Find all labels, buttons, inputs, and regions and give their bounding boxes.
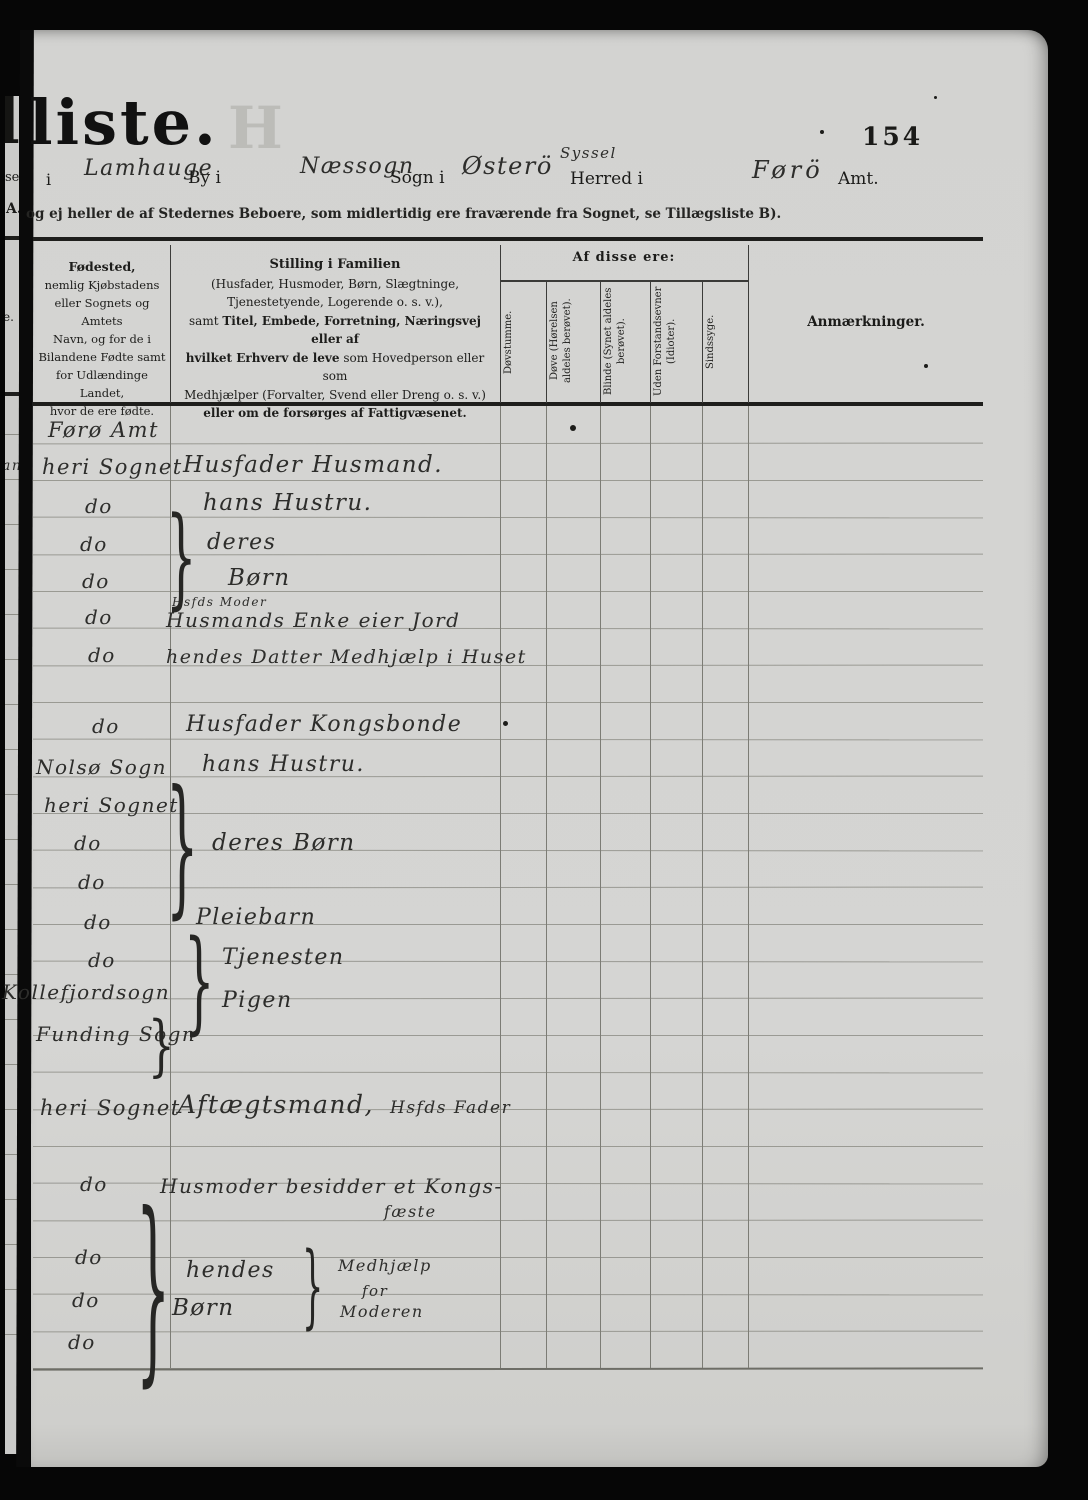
col-header-blinde: Blinde (Synet aldeles berøvet). (602, 285, 648, 397)
margin-fragment-a: A. (6, 201, 19, 217)
af-disse-ere-label: Af disse ere: (500, 250, 748, 265)
rule-line (500, 245, 501, 403)
entry-stilling: Husfader Kongsbonde (186, 712, 462, 737)
rule-line (650, 406, 651, 1368)
entry-note: Moderen (340, 1302, 424, 1321)
entry-fodested: Kollefjordsogn (2, 980, 170, 1004)
rule-line (5, 704, 19, 705)
col-header-dovstumme: Døvstumme. (502, 288, 544, 396)
handwritten-herred-name: Østerö (462, 152, 553, 180)
scanned-census-page: d se A. e. an liste. H 154 i Lamhauge By… (0, 0, 1088, 1500)
rule-line (5, 434, 19, 435)
entry-fodested: do (84, 910, 112, 934)
entry-stilling: hans Hustru. (203, 490, 373, 516)
entry-fodested: do (75, 1245, 103, 1269)
ink-speck (820, 130, 824, 134)
col-header-uden-forstandsevner: Uden Forstandsevner (Idioter). (652, 285, 700, 397)
entry-fodested: Nolsø Sogn (36, 755, 167, 779)
margin-fragment-se: se (5, 170, 19, 185)
entry-fodested: do (80, 1172, 108, 1196)
rule-line (5, 659, 19, 660)
rule-line (33, 480, 983, 481)
col-header-anmaerkninger: Anmærkninger. (752, 314, 980, 330)
handwritten-syssel: Syssel (560, 144, 617, 162)
rule-line (500, 406, 501, 1368)
grouping-brace: } (302, 1252, 323, 1320)
margin-big-letter: d (5, 96, 19, 159)
rule-line (33, 1146, 983, 1147)
margin-fragment-e: e. (5, 310, 14, 324)
rule-line (546, 406, 547, 1368)
entry-fodested: do (80, 532, 108, 556)
entry-stilling: hendes (186, 1258, 275, 1283)
header-top-rule (33, 237, 983, 241)
grouping-brace: } (148, 1022, 175, 1072)
page-title: liste. (29, 86, 219, 159)
entry-fodested: do (85, 605, 113, 629)
entry-stilling: Børn (228, 565, 291, 591)
entry-stilling-small: Hsfds Fader (390, 1098, 511, 1118)
grouping-brace: } (166, 518, 197, 600)
entry-note: for (362, 1282, 388, 1300)
entry-fodested: do (92, 714, 120, 738)
entry-note: Medhjælp (338, 1256, 432, 1275)
rule-line (33, 702, 983, 703)
entry-stilling: Husmoder besidder et Kongs- (160, 1174, 503, 1198)
col-header-stilling: Stilling i Familien (Husfader, Husmoder,… (173, 256, 497, 423)
ink-speck (503, 721, 508, 726)
entry-stilling: hendes Datter Medhjælp i Huset (166, 646, 527, 668)
entry-fodested: heri Sognet (42, 455, 183, 479)
grouping-brace: } (184, 942, 215, 1025)
rule-line (5, 479, 19, 480)
rule-line (748, 406, 749, 1368)
entry-fodested: do (82, 569, 110, 593)
entry-fodested: do (88, 643, 116, 667)
col-header-dove: Døve (Hørelsen aldeles berøvet). (548, 285, 598, 397)
rule-line (702, 282, 703, 403)
entry-stilling: Tjenesten (222, 945, 345, 970)
rule-line (5, 614, 19, 615)
intro-amt-label: Amt. (838, 169, 879, 189)
ink-speck (924, 364, 928, 368)
ink-speck (934, 96, 937, 99)
entry-stilling: Pigen (222, 988, 293, 1013)
entry-stilling: Husmands Enke eier Jord (166, 608, 460, 632)
grouping-brace: } (166, 792, 198, 905)
rule-line (600, 406, 601, 1368)
entry-fodested: heri Sognet (40, 1096, 181, 1120)
intro-by-label: By i (188, 168, 221, 188)
rule-line (650, 282, 651, 403)
rule-line (5, 392, 19, 396)
page-sheet (31, 30, 1048, 1467)
entry-stilling: hans Hustru. (202, 752, 365, 777)
col-header-fodested: Fødested, nemlig Kjøbstadens eller Sogne… (38, 258, 166, 420)
note-line: og ej heller de af Stedernes Beboere, so… (26, 206, 781, 222)
rule-line (5, 749, 19, 750)
intro-sogn-label: Sogn i (390, 168, 445, 188)
entry-stilling: deres (207, 530, 276, 555)
entry-fodested: do (72, 1288, 100, 1312)
rule-line (748, 245, 749, 403)
rule-line (5, 236, 19, 240)
rule-line (33, 1257, 983, 1258)
entry-stilling: Aftægtsmand, (178, 1090, 374, 1119)
entry-stilling: Husfader Husmand. (183, 452, 443, 478)
entry-fodested: do (68, 1330, 96, 1354)
entry-stilling-small: fæste (384, 1202, 437, 1221)
rule-line (600, 282, 601, 403)
rule-line (5, 569, 19, 570)
entry-fodested: do (88, 948, 116, 972)
entry-fodested: do (78, 870, 106, 894)
entry-fodested: do (85, 494, 113, 518)
rule-line (170, 245, 171, 403)
entry-stilling: deres Børn (212, 830, 356, 856)
af-disse-band-rule (500, 280, 748, 282)
intro-i: i (46, 170, 51, 189)
margin-fragment-handwriting: an (5, 458, 19, 474)
entry-stilling: Børn (172, 1295, 235, 1321)
rule-line (546, 282, 547, 403)
page-number: 154 (862, 122, 923, 151)
entry-fodested: Førø Amt (48, 418, 159, 442)
ink-speck (570, 425, 576, 431)
rule-line (702, 406, 703, 1368)
entry-fodested: heri Sognet (44, 793, 179, 817)
rule-line (5, 524, 19, 525)
title-bleedthrough-h: H (228, 94, 283, 162)
entry-fodested: do (74, 831, 102, 855)
intro-herred-label: Herred i (570, 169, 643, 189)
col-header-sindssyge: Sindssyge. (704, 288, 746, 396)
handwritten-amt-name: Førö (752, 156, 824, 184)
grouping-brace: } (136, 1216, 170, 1367)
